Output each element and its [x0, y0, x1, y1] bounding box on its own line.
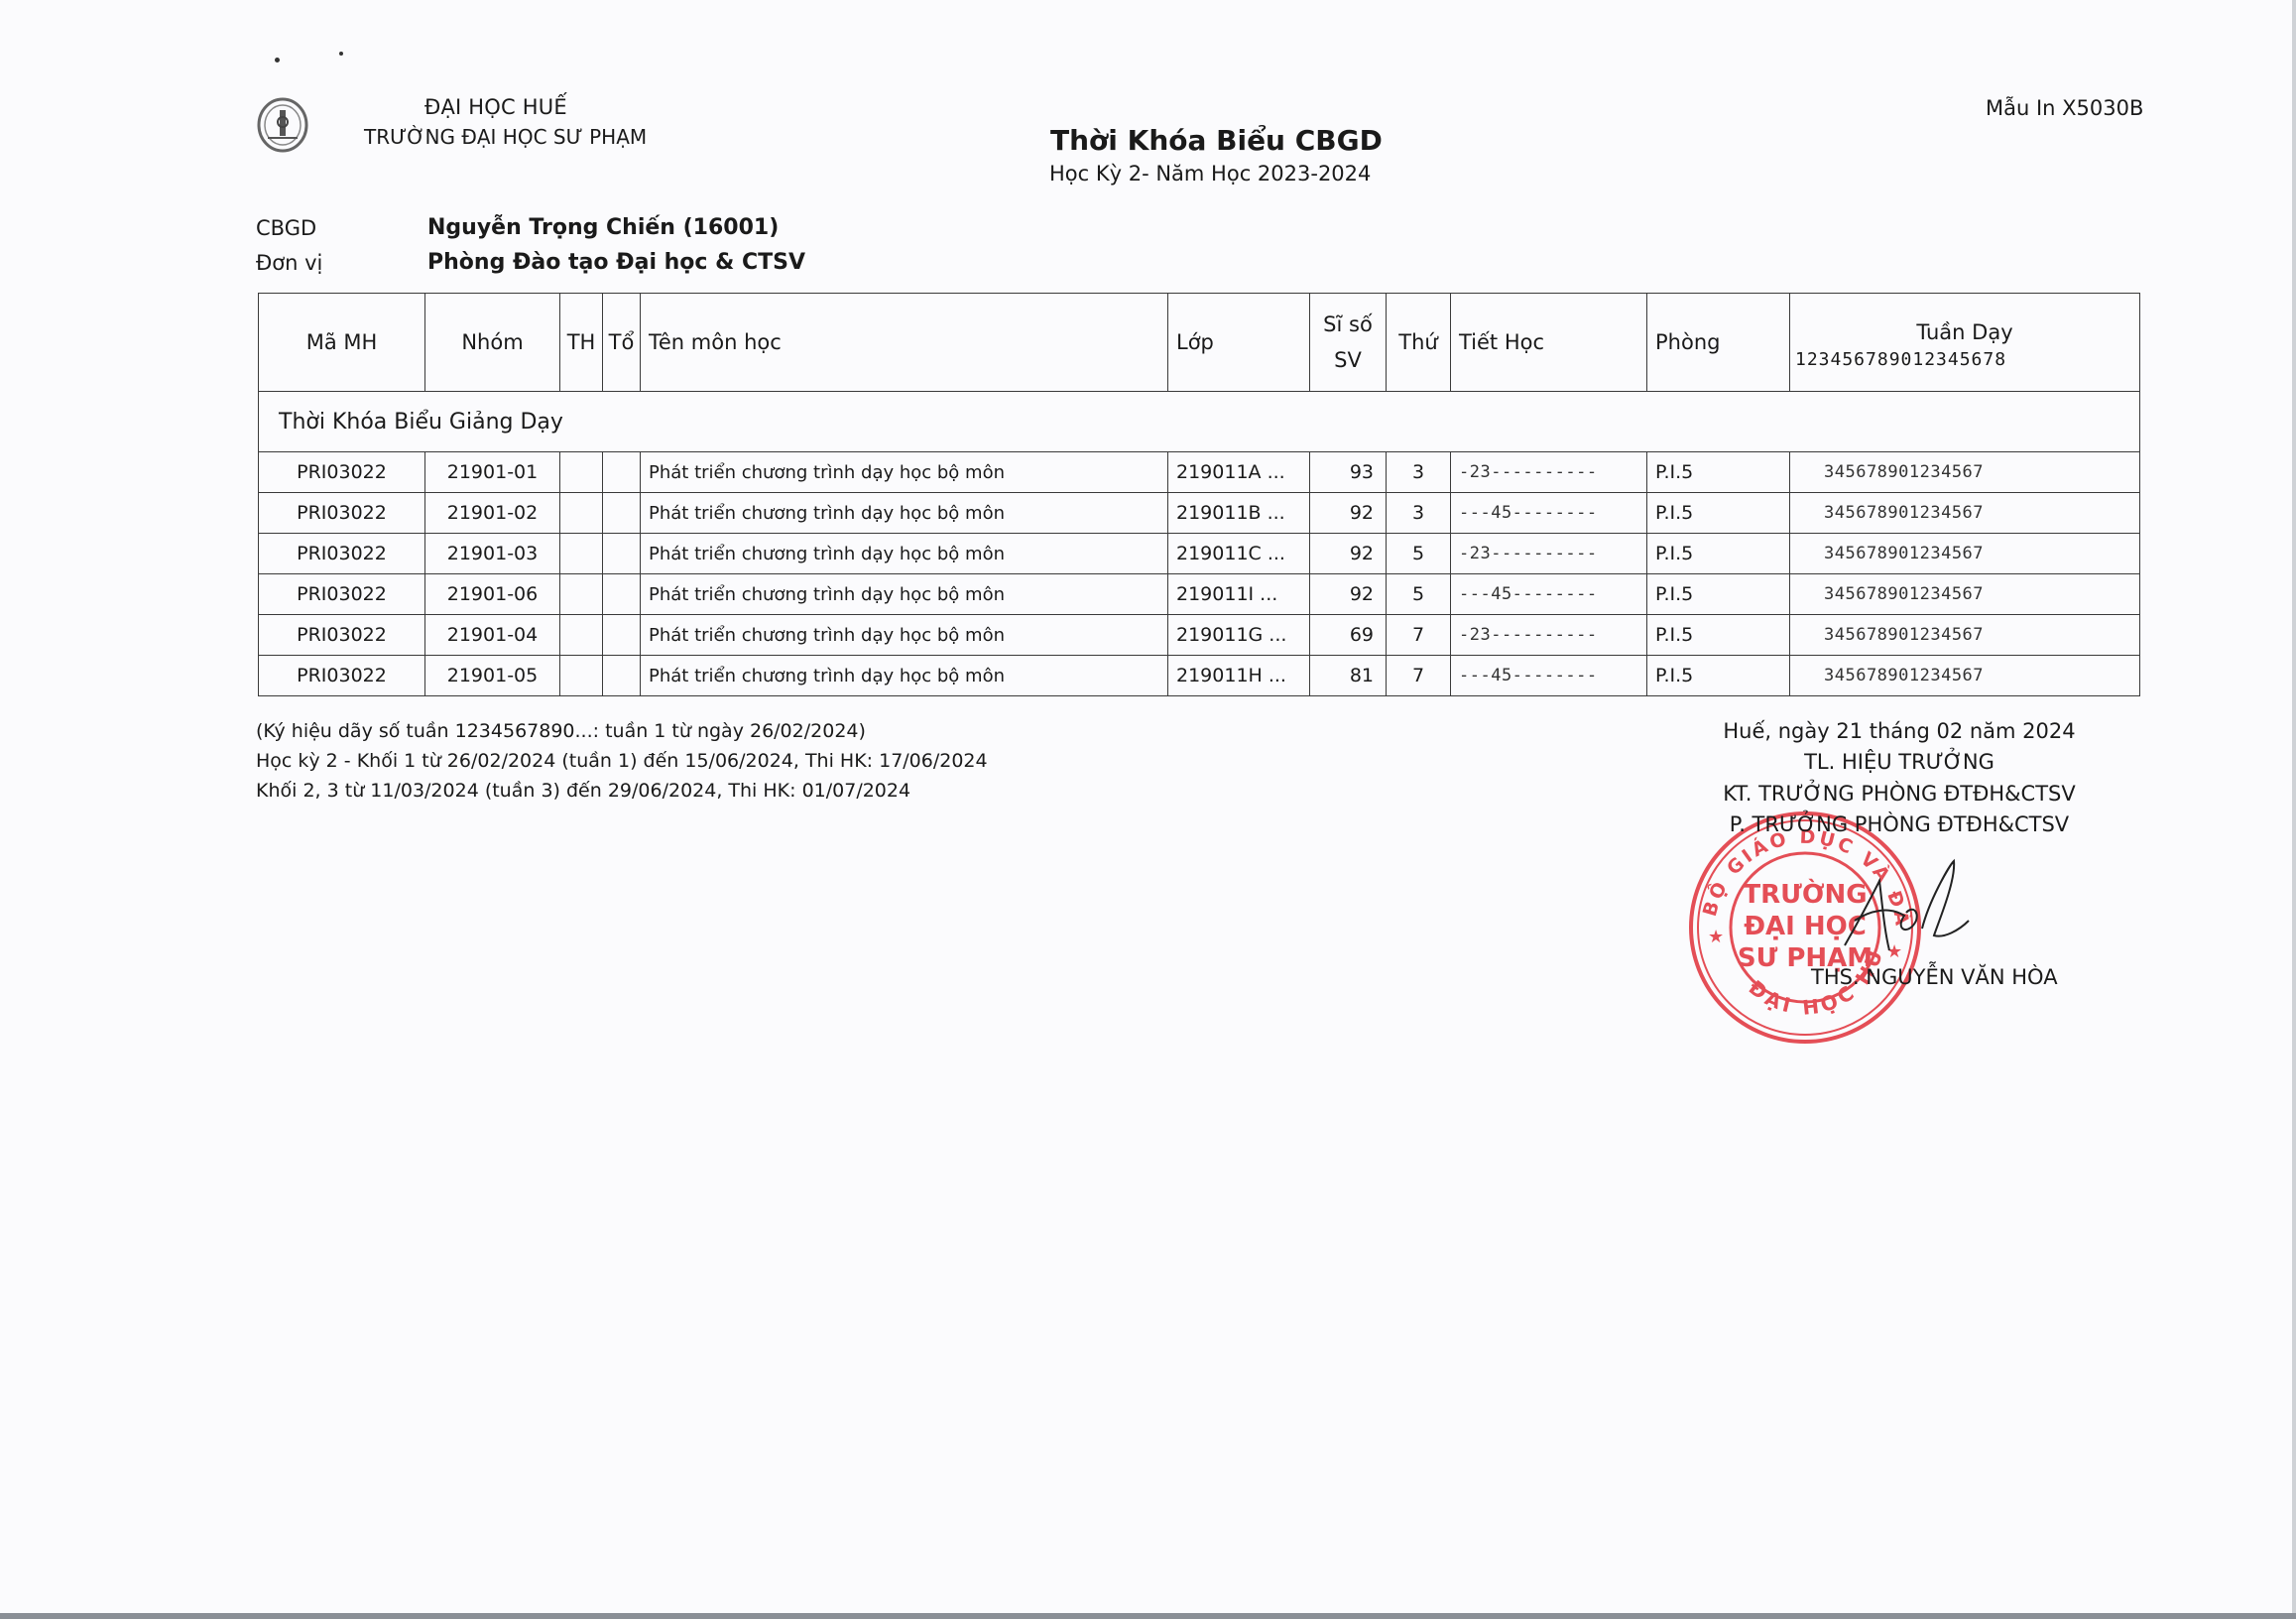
cell-room: P.I.5 [1647, 452, 1790, 493]
cell-course-code: PRI03022 [259, 574, 425, 615]
cell-periods: -23---------- [1451, 534, 1647, 574]
sign-line1: TL. HIỆU TRƯỞNG [1686, 747, 2113, 778]
col-to: Tổ [603, 294, 641, 392]
cell-group: 21901-03 [425, 534, 560, 574]
cell-th [560, 452, 603, 493]
form-code: Mẫu In X5030B [1986, 96, 2143, 120]
cell-weekday: 5 [1387, 534, 1451, 574]
handwritten-signature-icon [1835, 851, 1984, 965]
cell-group: 21901-05 [425, 656, 560, 696]
cell-periods: ---45-------- [1451, 493, 1647, 534]
cell-size: 92 [1310, 534, 1387, 574]
page-subtitle: Học Kỳ 2- Năm Học 2023-2024 [1049, 162, 1371, 186]
unit-label: Đơn vị [256, 251, 322, 275]
cell-group: 21901-01 [425, 452, 560, 493]
col-course-code: Mã MH [259, 294, 425, 392]
cell-weekday: 7 [1387, 615, 1451, 656]
table-header-row: Mã MH Nhóm TH Tổ Tên môn học Lớp Sĩ số S… [259, 294, 2140, 392]
cell-to [603, 452, 641, 493]
university-name: ĐẠI HỌC HUẾ [424, 95, 567, 119]
cell-course-name: Phát triển chương trình dạy học bộ môn [641, 615, 1168, 656]
school-name: TRƯỜNG ĐẠI HỌC SƯ PHẠM [364, 125, 647, 149]
col-group: Nhóm [425, 294, 560, 392]
cell-room: P.I.5 [1647, 493, 1790, 534]
cell-room: P.I.5 [1647, 615, 1790, 656]
cell-th [560, 534, 603, 574]
table-row: PRI0302221901-01Phát triển chương trình … [259, 452, 2140, 493]
scan-speck [339, 52, 343, 56]
cell-course-code: PRI03022 [259, 656, 425, 696]
cell-weekday: 7 [1387, 656, 1451, 696]
cell-th [560, 656, 603, 696]
cell-th [560, 493, 603, 534]
cell-weekday: 3 [1387, 452, 1451, 493]
unit-value: Phòng Đào tạo Đại học & CTSV [427, 250, 805, 275]
cell-periods: ---45-------- [1451, 574, 1647, 615]
col-weeks-label: Tuần Dạy [1790, 315, 2139, 349]
cell-weeks: 345678901234567 [1790, 656, 2140, 696]
cell-class: 219011C ... [1168, 534, 1310, 574]
note-block-2-3: Khối 2, 3 từ 11/03/2024 (tuần 3) đến 29/… [256, 776, 988, 806]
cell-group: 21901-04 [425, 615, 560, 656]
table-row: PRI0302221901-05Phát triển chương trình … [259, 656, 2140, 696]
cell-room: P.I.5 [1647, 534, 1790, 574]
cell-class: 219011I ... [1168, 574, 1310, 615]
table-row: PRI0302221901-04Phát triển chương trình … [259, 615, 2140, 656]
cell-course-code: PRI03022 [259, 615, 425, 656]
cell-course-name: Phát triển chương trình dạy học bộ môn [641, 493, 1168, 534]
col-room: Phòng [1647, 294, 1790, 392]
signature-block: Huế, ngày 21 tháng 02 năm 2024 TL. HIỆU … [1686, 716, 2113, 840]
schedule-table: Mã MH Nhóm TH Tổ Tên môn học Lớp Sĩ số S… [258, 293, 2140, 696]
cell-group: 21901-06 [425, 574, 560, 615]
cell-to [603, 574, 641, 615]
col-class: Lớp [1168, 294, 1310, 392]
page-title: Thời Khóa Biểu CBGD [1050, 124, 1383, 157]
cell-to [603, 656, 641, 696]
col-periods: Tiết Học [1451, 294, 1647, 392]
cell-class: 219011B ... [1168, 493, 1310, 534]
cell-class: 219011G ... [1168, 615, 1310, 656]
col-size: Sĩ số SV [1310, 294, 1387, 392]
cell-group: 21901-02 [425, 493, 560, 534]
note-block-1: Học kỳ 2 - Khối 1 từ 26/02/2024 (tuần 1)… [256, 746, 988, 776]
cell-weeks: 345678901234567 [1790, 493, 2140, 534]
cell-weeks: 345678901234567 [1790, 452, 2140, 493]
cell-th [560, 615, 603, 656]
col-size-line2: SV [1310, 342, 1386, 378]
col-weekday: Thứ [1387, 294, 1451, 392]
lecturer-value: Nguyễn Trọng Chiến (16001) [427, 215, 779, 240]
page-edge-right [2292, 0, 2296, 1619]
table-row: PRI0302221901-02Phát triển chương trình … [259, 493, 2140, 534]
sign-line3: P. TRƯỞNG PHÒNG ĐTĐH&CTSV [1686, 809, 2113, 840]
lecturer-label: CBGD [256, 216, 316, 240]
cell-to [603, 493, 641, 534]
signer-name: THS. NGUYỄN VĂN HÒA [1811, 965, 2058, 989]
cell-room: P.I.5 [1647, 656, 1790, 696]
university-seal-icon [256, 96, 323, 154]
cell-weeks: 345678901234567 [1790, 574, 2140, 615]
table-body: PRI0302221901-01Phát triển chương trình … [259, 452, 2140, 696]
cell-weeks: 345678901234567 [1790, 534, 2140, 574]
notes: (Ký hiệu dãy số tuần 1234567890...: tuần… [256, 716, 988, 806]
cell-course-name: Phát triển chương trình dạy học bộ môn [641, 656, 1168, 696]
cell-class: 219011A ... [1168, 452, 1310, 493]
cell-course-name: Phát triển chương trình dạy học bộ môn [641, 534, 1168, 574]
cell-weeks: 345678901234567 [1790, 615, 2140, 656]
cell-weekday: 5 [1387, 574, 1451, 615]
cell-room: P.I.5 [1647, 574, 1790, 615]
col-weeks-digits: 123456789012345678 [1790, 349, 2139, 370]
cell-to [603, 615, 641, 656]
col-th: TH [560, 294, 603, 392]
col-weeks: Tuần Dạy 123456789012345678 [1790, 294, 2140, 392]
cell-size: 93 [1310, 452, 1387, 493]
cell-course-name: Phát triển chương trình dạy học bộ môn [641, 452, 1168, 493]
place-date: Huế, ngày 21 tháng 02 năm 2024 [1686, 716, 2113, 747]
section-title: Thời Khóa Biểu Giảng Dạy [259, 392, 2140, 452]
cell-weekday: 3 [1387, 493, 1451, 534]
page-edge-bottom [0, 1613, 2296, 1619]
col-size-line1: Sĩ số [1310, 307, 1386, 342]
cell-to [603, 534, 641, 574]
cell-size: 92 [1310, 493, 1387, 534]
note-week-legend: (Ký hiệu dãy số tuần 1234567890...: tuần… [256, 716, 988, 746]
cell-course-code: PRI03022 [259, 534, 425, 574]
table-row: PRI0302221901-03Phát triển chương trình … [259, 534, 2140, 574]
cell-course-name: Phát triển chương trình dạy học bộ môn [641, 574, 1168, 615]
cell-th [560, 574, 603, 615]
cell-size: 92 [1310, 574, 1387, 615]
section-row: Thời Khóa Biểu Giảng Dạy [259, 392, 2140, 452]
cell-course-code: PRI03022 [259, 493, 425, 534]
cell-periods: -23---------- [1451, 615, 1647, 656]
cell-periods: ---45-------- [1451, 656, 1647, 696]
cell-periods: -23---------- [1451, 452, 1647, 493]
cell-size: 69 [1310, 615, 1387, 656]
sign-line2: KT. TRƯỞNG PHÒNG ĐTĐH&CTSV [1686, 779, 2113, 809]
table-row: PRI0302221901-06Phát triển chương trình … [259, 574, 2140, 615]
cell-course-code: PRI03022 [259, 452, 425, 493]
cell-class: 219011H ... [1168, 656, 1310, 696]
col-course-name: Tên môn học [641, 294, 1168, 392]
cell-size: 81 [1310, 656, 1387, 696]
stamp-star-left: ★ [1708, 927, 1724, 947]
scan-speck [275, 58, 280, 62]
